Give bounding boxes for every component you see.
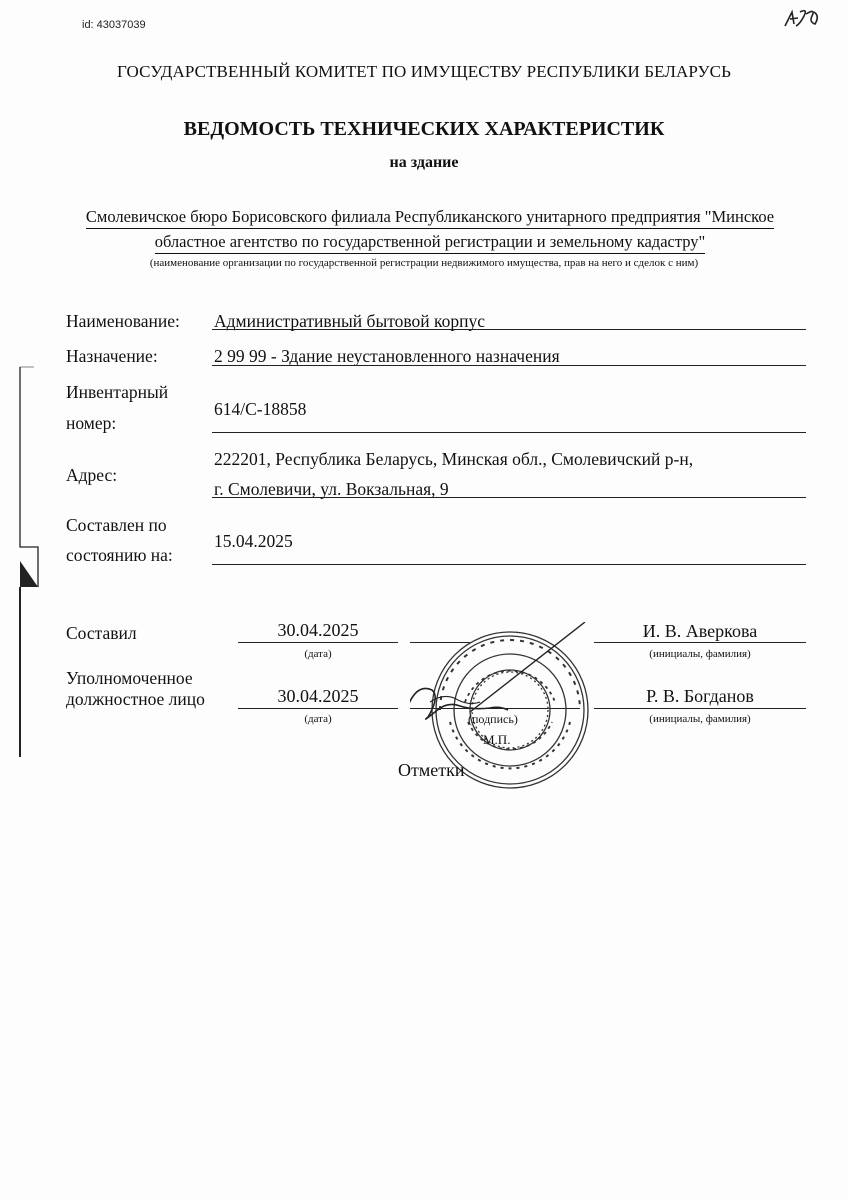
seal-caption: М.П. (483, 732, 510, 748)
authorized-date-rule (238, 708, 398, 709)
organization-line-1: Смолевичское бюро Борисовского филиала Р… (86, 206, 774, 229)
inventory-label-2: номер: (66, 409, 116, 438)
compiled-label: Составил (66, 622, 137, 644)
organization-line-2: областное агентство по государственной р… (155, 231, 706, 254)
purpose-label: Назначение: (66, 342, 158, 371)
document-title: ВЕДОМОСТЬ ТЕХНИЧЕСКИХ ХАРАКТЕРИСТИК (0, 118, 848, 141)
name-label: Наименование: (66, 307, 180, 336)
marks-heading: Отметки (398, 760, 465, 781)
authorized-name-rule (594, 708, 806, 709)
inventory-label-1: Инвентарный (66, 378, 168, 407)
authorized-name: Р. В. Богданов (594, 686, 806, 707)
inventory-value: 614/С-18858 (214, 394, 306, 424)
signature-caption: (подпись) (468, 712, 518, 727)
organization-caption: (наименование организации по государстве… (0, 257, 848, 269)
authorized-label-2: должностное лицо (66, 688, 205, 710)
document-id: id: 43037039 (82, 19, 146, 31)
authorized-label-1: Уполномоченное (66, 667, 193, 689)
document-subtitle: на здание (0, 154, 848, 172)
authorized-date: 30.04.2025 (238, 686, 398, 707)
compiled-date-rule (238, 642, 398, 643)
inventory-rule (212, 432, 806, 433)
committee-name: ГОСУДАРСТВЕННЫЙ КОМИТЕТ ПО ИМУЩЕСТВУ РЕС… (0, 62, 848, 82)
purpose-rule (212, 365, 806, 366)
as-of-rule (212, 564, 806, 565)
authorized-date-caption: (дата) (238, 713, 398, 725)
as-of-value: 15.04.2025 (214, 526, 293, 556)
as-of-label-2: состоянию на: (66, 541, 173, 570)
purpose-value: 2 99 99 - Здание неустановленного назнач… (214, 341, 560, 371)
handwritten-page-number (782, 6, 822, 32)
compiled-name: И. В. Аверкова (594, 621, 806, 642)
binding-mark-icon (14, 365, 44, 760)
address-value-2: г. Смолевичи, ул. Вокзальная, 9 (214, 474, 449, 504)
compiled-name-rule (594, 642, 806, 643)
name-rule (212, 329, 806, 330)
authorized-name-caption: (инициалы, фамилия) (594, 713, 806, 725)
compiled-name-caption: (инициалы, фамилия) (594, 648, 806, 660)
compiled-date-caption: (дата) (238, 648, 398, 660)
address-label: Адрес: (66, 461, 117, 490)
address-value-1: 222201, Республика Беларусь, Минская обл… (214, 444, 693, 474)
name-value: Административный бытовой корпус (214, 306, 485, 336)
address-rule (212, 497, 806, 498)
compiled-date: 30.04.2025 (238, 620, 398, 641)
organization-name: Смолевичское бюро Борисовского филиала Р… (70, 204, 790, 254)
as-of-label-1: Составлен по (66, 511, 167, 540)
